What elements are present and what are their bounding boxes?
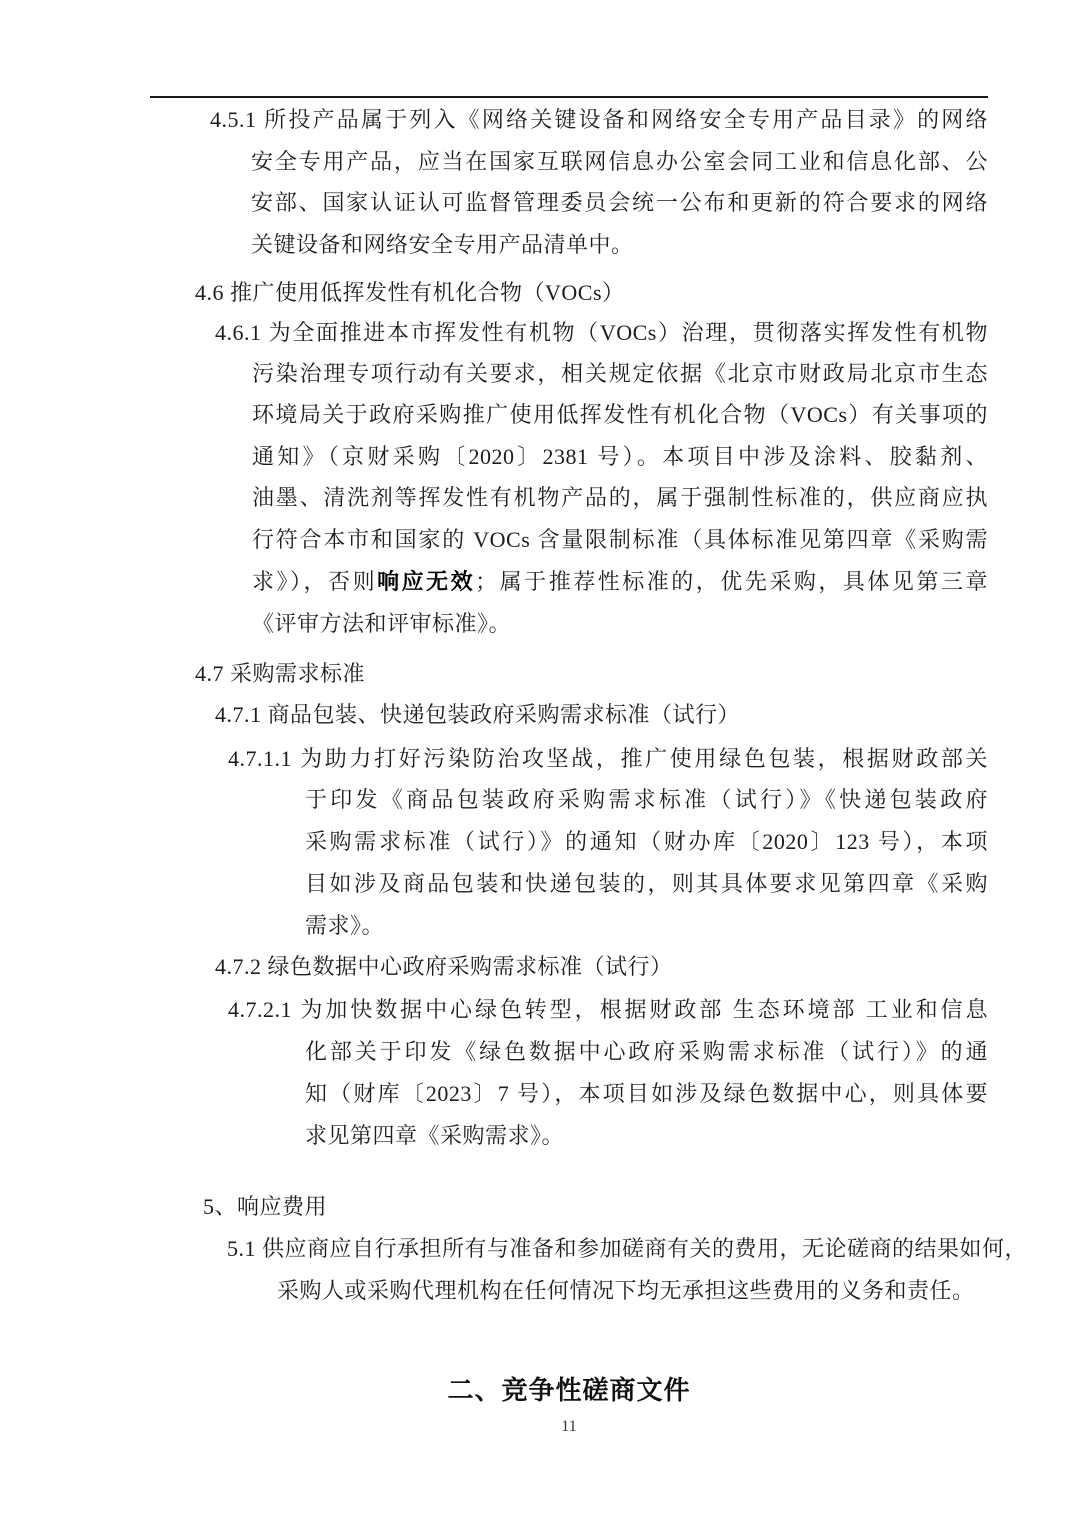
clause-4-5-1-line-3: 安部、国家认证认可监督管理委员会统一公布和更新的符合要求的网络 bbox=[251, 189, 988, 216]
header-rule bbox=[150, 96, 988, 98]
clause-4-6-1-line-5: 油墨、清洗剂等挥发性有机物产品的，属于强制性标准的，供应商应执 bbox=[252, 484, 988, 511]
clause-4-7-1-1-line-1: 4.7.1.1 为助力打好污染防治攻坚战，推广使用绿色包装，根据财政部关 bbox=[228, 745, 988, 772]
clause-4-6-1-line-1: 4.6.1 为全面推进本市挥发性有机物（VOCs）治理，贯彻落实挥发性有机物 bbox=[215, 319, 988, 346]
clause-5-1-line-1: 5.1 供应商应自行承担所有与准备和参加磋商有关的费用，无论磋商的结果如何， bbox=[227, 1235, 995, 1262]
heading-5: 5、响应费用 bbox=[203, 1193, 327, 1220]
chapter-title: 二、竞争性磋商文件 bbox=[150, 1370, 988, 1407]
clause-4-5-1-line-1: 4.5.1 所投产品属于列入《网络关键设备和网络安全专用产品目录》的网络 bbox=[210, 106, 988, 133]
emphasis-response-invalid: 响应无效 bbox=[377, 569, 475, 594]
clause-4-5-1-line-4: 关键设备和网络安全专用产品清单中。 bbox=[251, 231, 634, 258]
clause-4-7-1-1-line-2: 于印发《商品包装政府采购需求标准（试行）》《快递包装政府 bbox=[305, 786, 988, 813]
clause-4-7-1-1-line-5: 需求》。 bbox=[305, 912, 384, 939]
clause-4-7-2-1-line-4: 求见第四章《采购需求》。 bbox=[305, 1122, 564, 1149]
page-number: 11 bbox=[150, 1418, 988, 1436]
clause-4-7-2-1-line-2: 化部关于印发《绿色数据中心政府采购需求标准（试行）》的通 bbox=[305, 1038, 988, 1065]
clause-4-7-2-1-line-1: 4.7.2.1 为加快数据中心绿色转型，根据财政部 生态环境部 工业和信息 bbox=[228, 996, 988, 1023]
clause-4-6-1-line-2: 污染治理专项行动有关要求，相关规定依据《北京市财政局北京市生态 bbox=[252, 360, 988, 387]
heading-4-7: 4.7 采购需求标准 bbox=[195, 660, 365, 687]
clause-4-6-1-line-3: 环境局关于政府采购推广使用低挥发性有机化合物（VOCs）有关事项的 bbox=[252, 401, 988, 428]
clause-4-7-1-1-line-4: 目如涉及商品包装和快递包装的，则其具体要求见第四章《采购 bbox=[305, 870, 988, 897]
text-run: 求》），否则 bbox=[252, 569, 377, 594]
heading-4-7-1: 4.7.1 商品包装、快递包装政府采购需求标准（试行） bbox=[215, 701, 740, 728]
clause-4-6-1-line-7: 求》），否则响应无效；属于推荐性标准的，优先采购，具体见第三章 bbox=[252, 568, 988, 595]
clause-4-5-1-line-2: 安全专用产品，应当在国家互联网信息办公室会同工业和信息化部、公 bbox=[251, 148, 988, 175]
clause-4-6-1-line-6: 行符合本市和国家的 VOCs 含量限制标准（具体标准见第四章《采购需 bbox=[252, 526, 988, 553]
clause-4-7-2-1-line-3: 知（财库〔2023〕7 号），本项目如涉及绿色数据中心，则具体要 bbox=[305, 1080, 988, 1107]
clause-4-6-1-line-8: 《评审方法和评审标准》。 bbox=[252, 610, 511, 637]
heading-4-7-2: 4.7.2 绿色数据中心政府采购需求标准（试行） bbox=[215, 953, 673, 980]
clause-5-1-line-2: 采购人或采购代理机构在任何情况下均无承担这些费用的义务和责任。 bbox=[277, 1277, 975, 1304]
text-run: ；属于推荐性标准的，优先采购，具体见第三章 bbox=[475, 569, 988, 594]
clause-4-6-1-line-4: 通知》（京财采购〔2020〕2381 号）。本项目中涉及涂料、胶黏剂、 bbox=[252, 443, 988, 470]
document-page: 4.5.1 所投产品属于列入《网络关键设备和网络安全专用产品目录》的网络 安全专… bbox=[0, 0, 1080, 1527]
clause-4-7-1-1-line-3: 采购需求标准（试行）》的通知（财办库〔2020〕123 号），本项 bbox=[305, 828, 988, 855]
heading-4-6: 4.6 推广使用低挥发性有机化合物（VOCs） bbox=[195, 279, 625, 306]
